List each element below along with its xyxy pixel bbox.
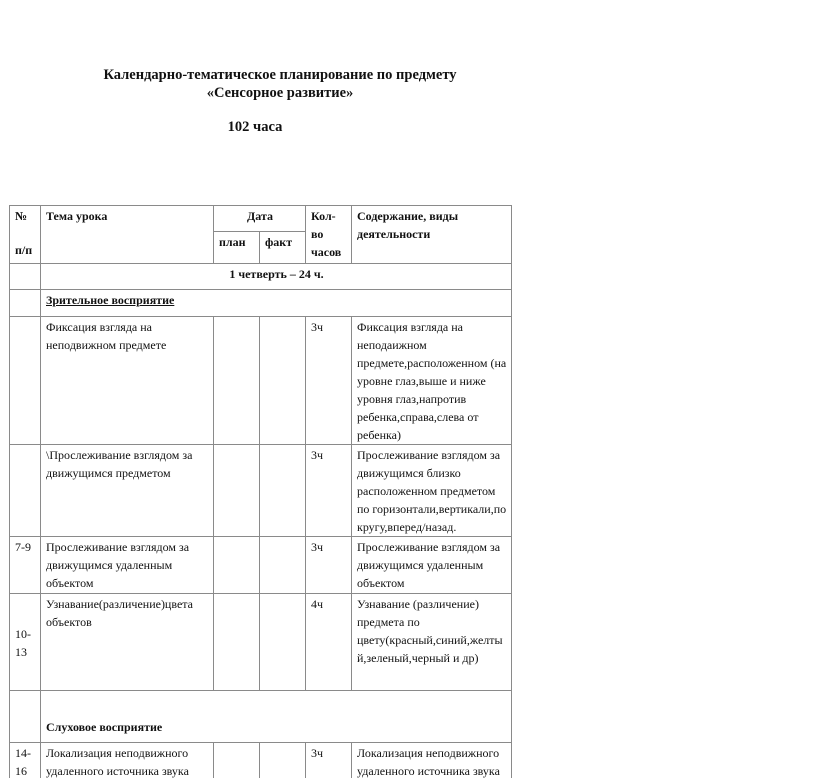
row-num xyxy=(10,445,41,537)
header-date: Дата xyxy=(214,206,306,232)
row-topic: \Прослеживание взглядом за движущимся пр… xyxy=(41,445,214,537)
row-fact-date xyxy=(260,537,306,594)
row-content: Прослеживание взглядом за движущимся бли… xyxy=(352,445,512,537)
row-fact-date xyxy=(260,743,306,778)
section-row: Слуховое восприятие xyxy=(10,691,512,743)
document-title: Календарно-тематическое планирование по … xyxy=(80,66,480,84)
row-topic: Фиксация взгляда на неподвижном предмете xyxy=(41,317,214,445)
row-fact-date xyxy=(260,594,306,691)
row-hours: 3ч xyxy=(306,317,352,445)
section-title-visual: Зрительное восприятие xyxy=(41,290,512,317)
planning-table: № п/п Тема урока Дата Кол- во часов Соде… xyxy=(9,205,512,778)
row-num: 7-9 xyxy=(10,537,41,594)
row-plan-date xyxy=(214,537,260,594)
total-hours: 102 часа xyxy=(180,118,330,136)
row-content: Локализация неподвижного удаленного исто… xyxy=(352,743,512,778)
row-topic: Локализация неподвижного удаленного исто… xyxy=(41,743,214,778)
row-hours: 3ч xyxy=(306,743,352,778)
table-row: \Прослеживание взглядом за движущимся пр… xyxy=(10,445,512,537)
section-row: Зрительное восприятие xyxy=(10,290,512,317)
row-hours: 4ч xyxy=(306,594,352,691)
table-row: 14-16 Локализация неподвижного удаленног… xyxy=(10,743,512,778)
header-date-fact: факт xyxy=(260,232,306,264)
row-topic: Прослеживание взглядом за движущимся уда… xyxy=(41,537,214,594)
row-plan-date xyxy=(214,743,260,778)
header-date-plan: план xyxy=(214,232,260,264)
quarter-row: 1 четверть – 24 ч. xyxy=(10,264,512,290)
row-num xyxy=(10,317,41,445)
row-num: 14-16 xyxy=(10,743,41,778)
row-fact-date xyxy=(260,445,306,537)
row-topic: Узнавание(различение)цвета объектов xyxy=(41,594,214,691)
table-row: 7-9 Прослеживание взглядом за движущимся… xyxy=(10,537,512,594)
header-topic: Тема урока xyxy=(41,206,214,264)
header-hours: Кол- во часов xyxy=(306,206,352,264)
header-num: № п/п xyxy=(10,206,41,264)
row-hours: 3ч xyxy=(306,445,352,537)
subject-name: «Сенсорное развитие» xyxy=(80,84,480,102)
row-num: 10-13 xyxy=(10,594,41,691)
header-row: № п/п Тема урока Дата Кол- во часов Соде… xyxy=(10,206,512,232)
section-title-auditory: Слуховое восприятие xyxy=(41,691,512,743)
row-plan-date xyxy=(214,594,260,691)
row-content: Узнавание (различение) предмета по цвету… xyxy=(352,594,512,691)
header-content: Содержание, виды деятельности xyxy=(352,206,512,264)
row-content: Фиксация взгляда на неподаижном предмете… xyxy=(352,317,512,445)
row-fact-date xyxy=(260,317,306,445)
row-plan-date xyxy=(214,317,260,445)
row-hours: 3ч xyxy=(306,537,352,594)
row-plan-date xyxy=(214,445,260,537)
quarter-label: 1 четверть – 24 ч. xyxy=(41,264,512,290)
table-row: 10-13 Узнавание(различение)цвета объекто… xyxy=(10,594,512,691)
table-row: Фиксация взгляда на неподвижном предмете… xyxy=(10,317,512,445)
row-content: Прослеживание взглядом за движущимся уда… xyxy=(352,537,512,594)
